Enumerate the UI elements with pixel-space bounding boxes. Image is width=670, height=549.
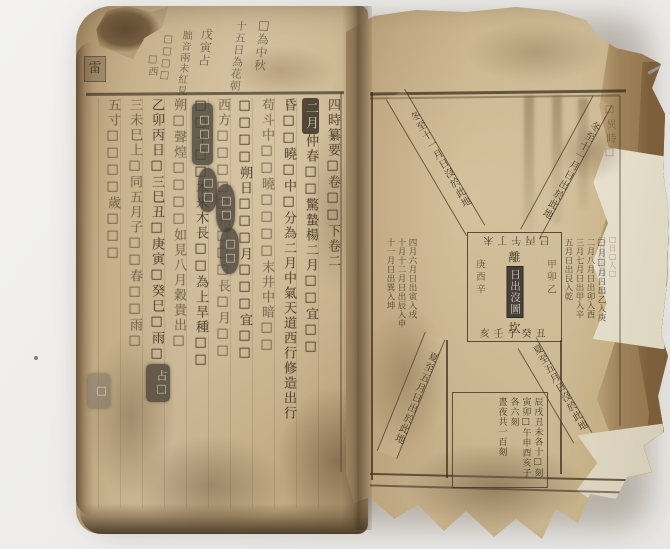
under-page-column: □月日出□人□	[597, 235, 607, 339]
text-column: 四時纂要□卷□□下卷二	[318, 98, 340, 508]
ke-column: 辰戌丑未各十□刻	[532, 397, 543, 483]
trigram-kan: 坎	[508, 319, 520, 336]
text-column: 五寸□□□□歲□□□	[98, 98, 120, 508]
stain	[466, 22, 606, 82]
trigram-li: 離	[508, 248, 520, 265]
under-page-column: □日□人□	[608, 235, 618, 339]
month-column: 二月八月日出卯入酉	[585, 238, 595, 350]
month-columns-west: 四月六月日出寅入戌 十月十二月日出辰入申 十一月日出巽入坤	[384, 238, 418, 350]
month-column: 五月日出艮入乾	[563, 238, 573, 350]
under-page-patch	[565, 423, 670, 548]
sunrise-sunset-compass-box: 巳丙午丁未 亥壬子癸丑 庚酉辛 甲卯乙 離 日出沒圖 坎	[467, 232, 562, 342]
worn-left-edge	[76, 42, 93, 516]
boxed-margin-character: 雷	[84, 56, 106, 82]
diagram-frame-right	[619, 96, 621, 426]
ink-stamp: □□	[216, 184, 235, 232]
text-column: 二月仲春□□驚蟄楊二月□□宜□□	[296, 98, 318, 508]
dust-speck	[34, 356, 38, 360]
ink-stamp: □□□	[192, 103, 213, 165]
ke-column: 晝夜共一百刻	[496, 397, 507, 483]
compass-east-labels: 甲卯乙	[543, 259, 557, 297]
text-column: 昏□□曉□中□分為二月中氣天道西行修造出行	[274, 98, 296, 508]
text-column-body: 仲春□□驚蟄楊二月□□宜□□	[303, 134, 318, 356]
compass-center: 離 日出沒圖 坎	[506, 248, 523, 336]
diagram-divider-line	[446, 340, 448, 478]
ke-column: 各六刻	[508, 397, 519, 483]
diagonal-band-bottom-left: 夏至五月日出於此地	[377, 332, 445, 459]
ink-stamp: □□	[198, 168, 217, 212]
compass-south-labels: 巳丙午丁未	[468, 234, 561, 249]
left-page: □為中秋 十五日為花朝 戊寅占 朏音兩未 □□□□ 紅見 □西 雷 四時纂要□卷…	[76, 6, 368, 534]
diagonal-band-top-left: 冬至十一月日沒於此地	[386, 89, 485, 236]
ink-stamp: □□	[220, 228, 239, 274]
text-column: 乙卯丙日□三巳丑□庚寅□癸巳□雨□	[142, 98, 164, 508]
diagram-title-seal: 日出沒圖	[506, 266, 523, 318]
under-page-text: □日□人□ □月日出□人□	[596, 235, 618, 339]
text-column: 朔□聲煌□□□□如見八月穀貴出□	[164, 98, 186, 508]
hundred-ke-box: 辰戌丑未各十□刻 寅卯□午申酉亥子 各六刻 晝夜共一百刻	[452, 392, 548, 488]
book-photo: □為中秋 十五日為花朝 戊寅占 朏音兩未 □□□□ 紅見 □西 雷 四時纂要□卷…	[0, 0, 670, 549]
text-column: 苟斗中□□曉□□□□末井中暗□□	[252, 98, 274, 508]
compass-west-labels: 庚酉辛	[472, 259, 486, 297]
month-column: 十一月日出巽入坤	[385, 238, 395, 350]
month-column: 十月十二月日出辰入申	[396, 238, 406, 350]
worn-bottom-edge	[80, 504, 368, 534]
text-column: □□□□朔日□□□月□□□宜□□	[230, 98, 252, 508]
book-gutter	[342, 6, 372, 530]
text-block-frame-line	[86, 91, 344, 95]
month-column: 四月六月日出寅入戌	[407, 238, 417, 350]
month-cartouche: 二月	[302, 98, 319, 134]
text-column: 三未巳上□同五月子□□春□□雨□	[120, 98, 142, 508]
right-page: 冬至十一月日沒於此地 冬至十一月日出於此地 夏至五月日出於此地 夏至五月日沒於此…	[346, 2, 670, 549]
month-column: 三月七月日出甲入辛	[574, 238, 584, 350]
ink-stamp: 占□	[146, 364, 170, 402]
ke-column: 寅卯□午申酉亥子	[520, 397, 531, 483]
margin-note: 戊寅占	[193, 28, 216, 90]
metal-hook	[645, 58, 667, 84]
faded-seal: □	[88, 374, 110, 408]
